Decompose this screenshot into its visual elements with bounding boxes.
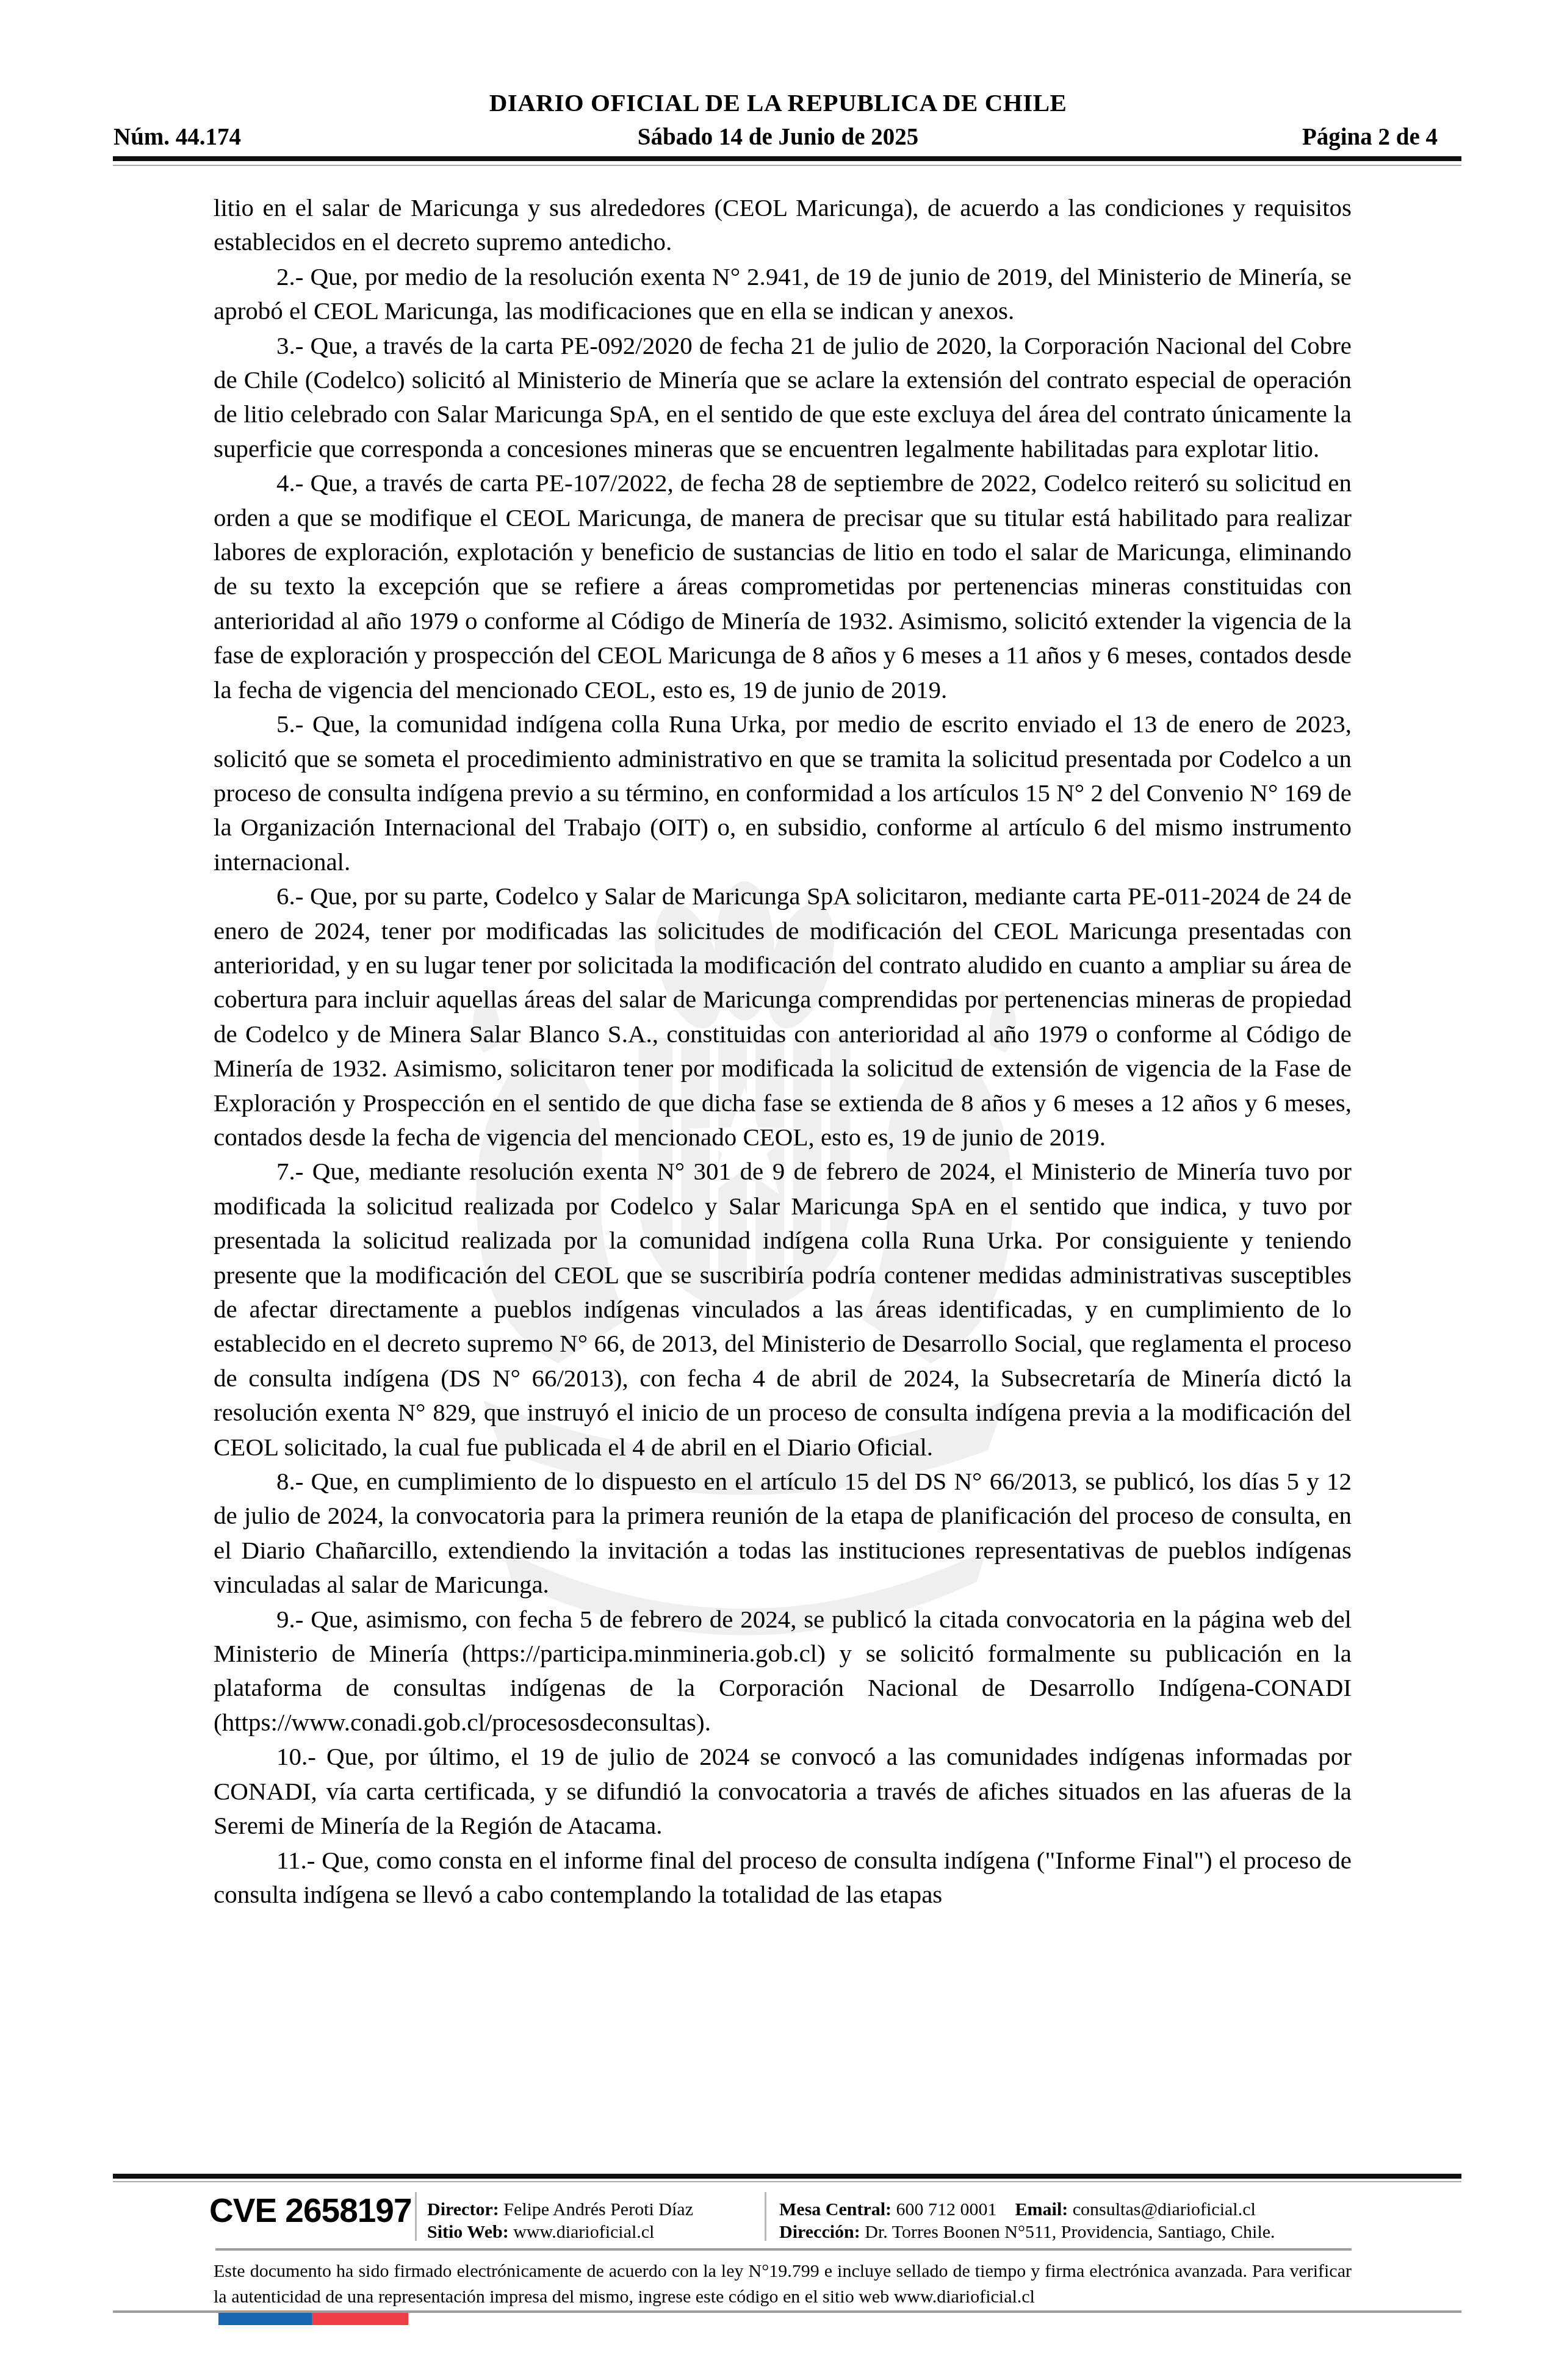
body-paragraph: 5.- Que, la comunidad indígena colla Run… — [214, 707, 1352, 879]
body-paragraph: 10.- Que, por último, el 19 de julio de … — [214, 1739, 1352, 1842]
footer-divider — [765, 2192, 766, 2241]
footer-director-block: Director: Felipe Andrés Peroti Díaz Siti… — [427, 2198, 693, 2243]
footer-director-row: Director: Felipe Andrés Peroti Díaz — [427, 2198, 693, 2221]
flag-red-bar — [312, 2313, 408, 2325]
email-label: Email: — [1015, 2199, 1068, 2220]
website-label: Sitio Web: — [427, 2222, 509, 2242]
body-paragraph: litio en el salar de Maricunga y sus alr… — [214, 190, 1352, 259]
email-value: consultas@diarioficial.cl — [1073, 2199, 1256, 2220]
footer-address-row: Dirección: Dr. Torres Boonen N°511, Prov… — [779, 2221, 1275, 2243]
director-label: Director: — [427, 2199, 499, 2220]
body-paragraph: 3.- Que, a través de la carta PE-092/202… — [214, 328, 1352, 466]
footer-website-row: Sitio Web: www.diarioficial.cl — [427, 2221, 693, 2243]
header-rule — [113, 156, 1461, 161]
footer-separator-rule — [215, 2248, 1352, 2251]
phone-value: 600 712 0001 — [896, 2199, 997, 2220]
website-value: www.diarioficial.cl — [513, 2222, 654, 2242]
gobierno-flag-mark — [218, 2313, 408, 2325]
footer-contact-block: Mesa Central: 600 712 0001Email: consult… — [779, 2198, 1275, 2243]
body-paragraph: 11.- Que, como consta en el informe fina… — [214, 1843, 1352, 1912]
footer-rule — [113, 2174, 1461, 2179]
flag-blue-bar — [218, 2313, 312, 2325]
body-paragraph: 6.- Que, por su parte, Codelco y Salar d… — [214, 879, 1352, 1154]
director-name: Felipe Andrés Peroti Díaz — [503, 2199, 693, 2220]
body-paragraph: 7.- Que, mediante resolución exenta N° 3… — [214, 1154, 1352, 1464]
publication-title: DIARIO OFICIAL DE LA REPUBLICA DE CHILE — [0, 88, 1556, 117]
body-paragraph: 4.- Que, a través de carta PE-107/2022, … — [214, 466, 1352, 707]
legal-notice: Este documento ha sido firmado electróni… — [214, 2259, 1352, 2310]
body-paragraph: 2.- Que, por medio de la resolución exen… — [214, 259, 1352, 328]
address-label: Dirección: — [779, 2222, 860, 2242]
body-paragraph: 9.- Que, asimismo, con fecha 5 de febrer… — [214, 1602, 1352, 1740]
footer-divider — [415, 2192, 417, 2241]
document-body: litio en el salar de Maricunga y sus alr… — [214, 190, 1352, 1911]
phone-label: Mesa Central: — [779, 2199, 891, 2220]
gazette-page: DIARIO OFICIAL DE LA REPUBLICA DE CHILE … — [0, 0, 1556, 2380]
address-value: Dr. Torres Boonen N°511, Providencia, Sa… — [865, 2222, 1275, 2242]
footer-rule-shadow — [113, 2181, 1461, 2182]
header-rule-shadow — [113, 165, 1461, 166]
footer-phone-email-row: Mesa Central: 600 712 0001Email: consult… — [779, 2198, 1275, 2221]
page-indicator: Página 2 de 4 — [1302, 123, 1438, 151]
body-paragraph: 8.- Que, en cumplimiento de lo dispuesto… — [214, 1464, 1352, 1602]
cve-code: CVE 2658197 — [209, 2194, 412, 2226]
